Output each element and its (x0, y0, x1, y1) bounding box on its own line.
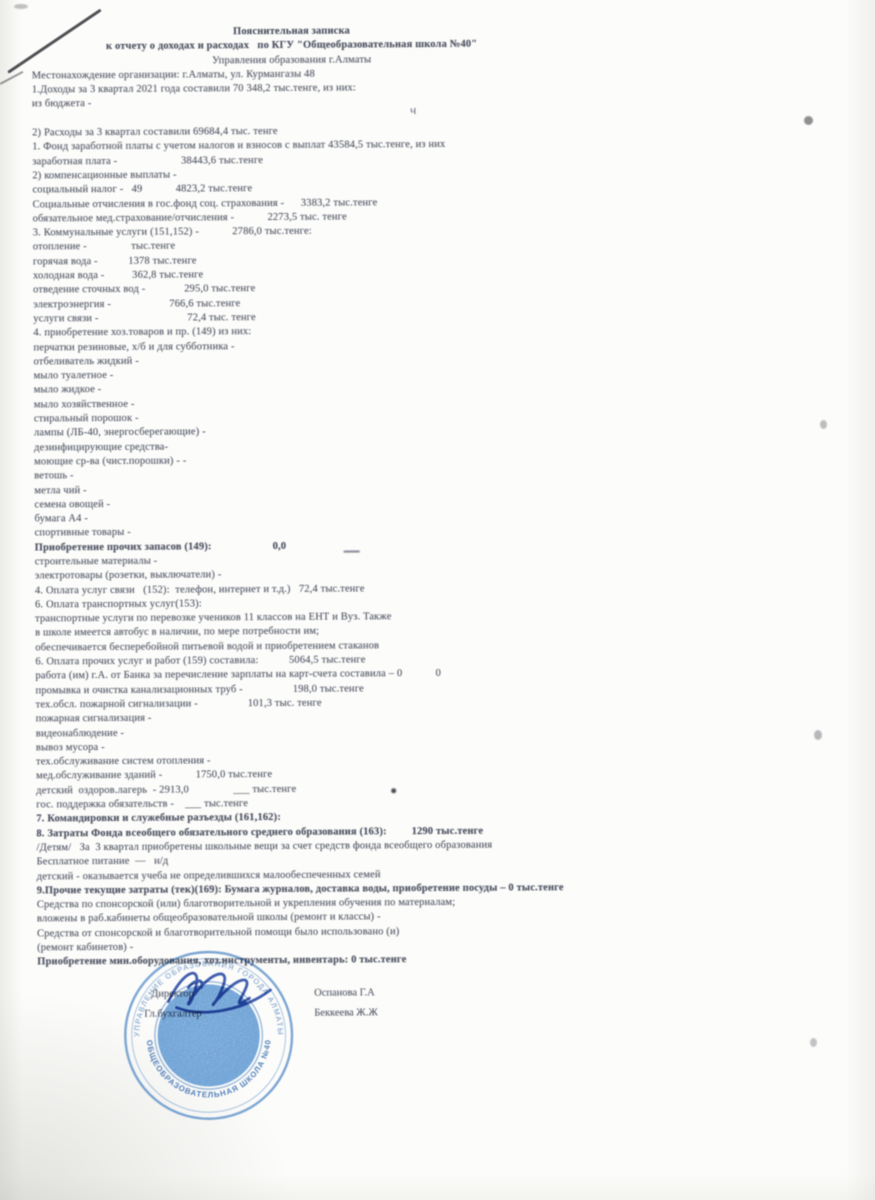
accountant-name: Беккеева Ж.Ж (314, 1007, 378, 1018)
scanned-document-page: Пояснительная запискак отчету о доходах … (0, 0, 875, 1200)
signature-name-accountant: Беккеева Ж.Ж (298, 996, 377, 1029)
pen-dot-mark (391, 788, 396, 793)
document-body: Пояснительная запискак отчету о доходах … (31, 23, 597, 970)
handwritten-signature (154, 957, 284, 1020)
ink-layer: Пояснительная запискак отчету о доходах … (0, 0, 875, 1200)
pen-dash-mark (344, 550, 360, 552)
